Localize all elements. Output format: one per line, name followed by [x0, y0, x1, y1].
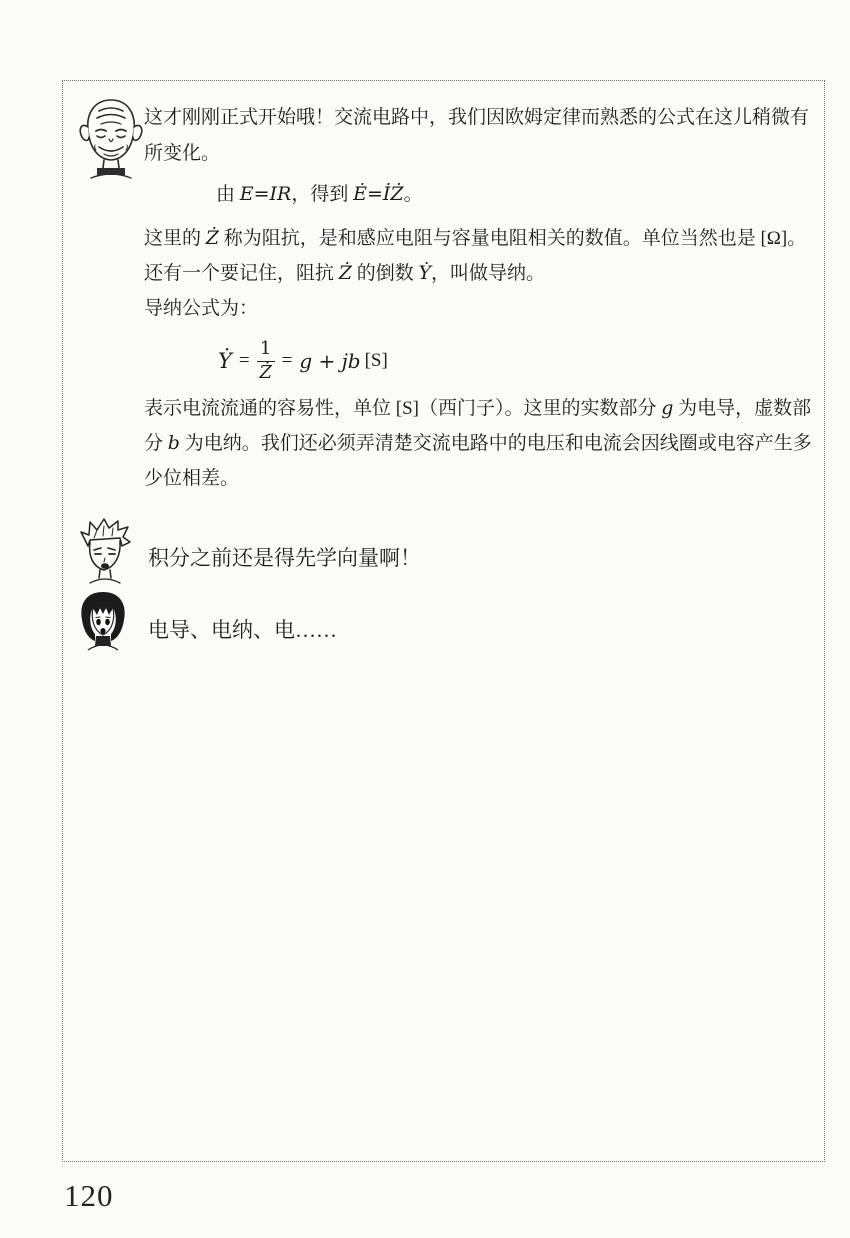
admittance-formula: Ẏ = 1 Ż = g + jb [S]	[218, 329, 388, 393]
math-symbol-g: g	[661, 397, 673, 419]
page-number: 120	[64, 1178, 114, 1214]
young-man-avatar	[76, 516, 134, 599]
dialogue-text: 积分之前还是得先学向量啊！	[148, 542, 421, 572]
text-run: 表示电流流通的容易性，单位 [S]（西门子）。这里的实数部分	[144, 398, 661, 419]
impedance-paragraph: 这里的 Ż 称为阻抗，是和感应电阻与容量电阻相关的数值。单位当然也是 [Ω]。 …	[144, 221, 834, 326]
math-symbol-y: Ẏ	[218, 349, 232, 373]
fraction-numerator: 1	[260, 340, 271, 359]
girl-avatar-drawing	[76, 590, 130, 664]
old-man-avatar-drawing	[73, 95, 149, 185]
siemens-paragraph: 表示电流流通的容易性，单位 [S]（西门子）。这里的实数部分 g 为电导，虚数部…	[144, 391, 834, 496]
math-expression-gjb: g + jb	[299, 349, 360, 373]
text-run: 由	[216, 184, 240, 205]
text-run: 分	[144, 433, 168, 454]
math-symbol-z: Ż	[206, 227, 219, 249]
math-expression: E=IR	[240, 183, 292, 205]
fraction: 1 Ż	[257, 340, 275, 383]
text-line: 这才刚刚正式开始哦！交流电路中，我们因欧姆定律而熟悉的公式在这儿稍微有	[144, 100, 834, 136]
admittance-formula-label: 导纳公式为：	[144, 291, 834, 326]
text-run: 为电导，虚数部	[673, 398, 811, 419]
math-symbol-b: b	[168, 432, 180, 454]
text-line: 所变化。	[144, 136, 834, 172]
text-run: ，得到	[291, 184, 353, 205]
dialogue-row-young-man: 积分之前还是得先学向量啊！	[76, 518, 421, 596]
dialogue-text: 电导、电纳、电……	[148, 614, 337, 644]
text-run: 为电纳。我们还必须弄清楚交流电路中的电压和电流会因线圈或电容产生多	[180, 433, 812, 454]
content-frame: 这才刚刚正式开始哦！交流电路中，我们因欧姆定律而熟悉的公式在这儿稍微有 所变化。…	[62, 80, 825, 1162]
young-man-avatar-drawing	[76, 516, 134, 594]
text-run: ，叫做导纳。	[431, 263, 545, 284]
dialogue-row-girl: 电导、电纳、电……	[76, 592, 337, 666]
math-symbol-z: Ż	[339, 262, 352, 284]
text-line: 表示电流流通的容易性，单位 [S]（西门子）。这里的实数部分 g 为电导，虚数部	[144, 391, 834, 426]
equals-sign: =	[239, 350, 250, 372]
text-line: 还有一个要记住，阻抗 Ż 的倒数 Ẏ，叫做导纳。	[144, 256, 834, 291]
intro-paragraph: 这才刚刚正式开始哦！交流电路中，我们因欧姆定律而熟悉的公式在这儿稍微有 所变化。	[144, 100, 834, 172]
fraction-denominator: Ż	[259, 364, 272, 383]
girl-avatar	[76, 590, 134, 669]
old-man-avatar	[73, 95, 149, 185]
text-run: 。	[404, 184, 423, 205]
math-symbol-y: Ẏ	[418, 262, 431, 284]
text-line: 分 b 为电纳。我们还必须弄清楚交流电路中的电压和电流会因线圈或电容产生多	[144, 426, 834, 461]
text-line: 少位相差。	[144, 461, 834, 496]
text-run: 的倒数	[352, 263, 419, 284]
text-line: 这里的 Ż 称为阻抗，是和感应电阻与容量电阻相关的数值。单位当然也是 [Ω]。	[144, 221, 834, 256]
text-run: 称为阻抗，是和感应电阻与容量电阻相关的数值。单位当然也是 [Ω]。	[219, 228, 806, 249]
math-expression-phasor: Ė=İŻ	[353, 183, 404, 205]
derivation-line: 由 E=IR，得到 Ė=İŻ。	[216, 176, 423, 212]
unit-siemens: [S]	[365, 350, 388, 372]
text-run: 这里的	[144, 228, 206, 249]
equals-sign: =	[282, 350, 293, 372]
text-run: 还有一个要记住，阻抗	[144, 263, 339, 284]
